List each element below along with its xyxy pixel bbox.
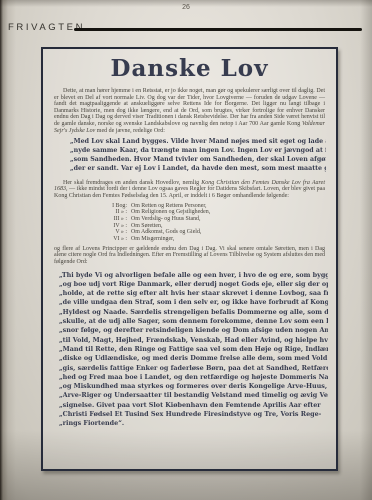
page-number: 26 xyxy=(0,4,372,11)
book-subject: Om Verdslig- og Huus Stand, xyxy=(131,216,200,223)
scanned-magazine-page: 26 FRIVAGTEN Danske Lov Dette, at man hø… xyxy=(0,0,372,500)
quote-line: „Med Lov skal Land bygges. Vilde hver Ma… xyxy=(70,138,326,147)
article-title: Danske Lov xyxy=(43,56,336,82)
quote-line: „Hyldest og Naade. Særdelis strengeligen… xyxy=(59,308,328,317)
paragraph-principper: og flere af Lovens Principper er gældend… xyxy=(54,246,325,266)
quote-line: „Arve-Riger og Undersaatter til bestandi… xyxy=(59,391,328,400)
quote-line: „til Vold, Magt, Højhed, Frændskab, Vens… xyxy=(59,336,328,345)
header-rule xyxy=(74,28,362,31)
quote-line: „snor følge, og derefter retsindeligen k… xyxy=(59,326,328,335)
quote-line: „holde, at de rette sig efter alt hvis h… xyxy=(59,289,328,298)
book-subject: Om Søretten, xyxy=(131,223,162,230)
book-list-row: VI » : Om Misgerninger, xyxy=(100,236,336,243)
christian-v-quote: „Thi byde Vi og alvorligen befale alle o… xyxy=(59,271,328,429)
book-number: IV » : xyxy=(100,223,127,230)
paragraph-danske-lov: Her skal fremdrages en anden dansk Hoved… xyxy=(54,180,325,200)
quote-line: „de ville undgaa den Straf, som i den se… xyxy=(59,298,328,307)
paragraph-intro-text: Dette, at man hører hjemme i en Retsstat… xyxy=(54,88,325,127)
book-list-row: II » : Om Religionen og Gejstligheden, xyxy=(100,209,336,216)
book-number: VI » : xyxy=(100,236,127,243)
quote-line: „som Sandheden. Hvor Mand tvivler om San… xyxy=(70,156,326,165)
book-subject: Om Misgerninger, xyxy=(131,236,174,243)
book-subject: Om Retten og Rettens Personer, xyxy=(131,203,207,210)
book-list-row: III » : Om Verdslig- og Huus Stand, xyxy=(100,216,336,223)
book-number: I Bog: xyxy=(100,203,127,210)
quote-line: „nyde samme Kaar, da trængte man ingen L… xyxy=(70,147,326,156)
quote-line: „Thi byde Vi og alvorligen befale alle o… xyxy=(59,271,328,280)
paragraph-danske-lov-text: Her skal fremdrages en anden dansk Hoved… xyxy=(63,180,201,186)
quote-line: „Christi Fødsel Et Tusind Sex Hundrede F… xyxy=(59,410,328,419)
quote-line: „gis, særdelis fattige Enker og faderløs… xyxy=(59,364,328,373)
jyske-lov-quote: „Med Lov skal Land bygges. Vilde hver Ma… xyxy=(70,138,326,174)
book-list: I Bog: Om Retten og Rettens Personer, II… xyxy=(100,203,336,243)
book-subject: Om Adkomst, Gods og Gield, xyxy=(131,229,201,236)
book-list-row: V » : Om Adkomst, Gods og Gield, xyxy=(100,229,336,236)
quote-line: „skulle, at de udj alle Sager, som denne… xyxy=(59,317,328,326)
article-frame: Danske Lov Dette, at man hører hjemme i … xyxy=(41,47,338,471)
book-subject: Om Religionen og Gejstligheden, xyxy=(131,209,210,216)
quote-line: „der er sandt. Var ej Lov i Landet, da h… xyxy=(70,165,326,174)
quote-line: „diske og Udlændiske, og med deris Domme… xyxy=(59,354,328,363)
book-number: II » : xyxy=(100,209,127,216)
quote-line: „og boe udj vort Rige Danmark, eller der… xyxy=(59,280,328,289)
book-number: III » : xyxy=(100,216,127,223)
quote-line: „rings Fiortende“. xyxy=(59,419,328,428)
paragraph-danske-lov-end: , — ikke mindst fordi der i denne Lov og… xyxy=(54,186,325,199)
paragraph-intro: Dette, at man hører hjemme i en Retsstat… xyxy=(54,88,325,134)
paragraph-intro-end: med de jævne, redelige Ord: xyxy=(95,128,165,134)
quote-line: „Mand til Rette, den Ringe og Fattige sa… xyxy=(59,345,328,354)
quote-line: „hed og Fred maa boe i Landet, og den re… xyxy=(59,373,328,382)
quote-line: „og Miskundhed maa styrkes og formeres o… xyxy=(59,382,328,391)
book-list-row: IV » : Om Søretten, xyxy=(100,223,336,230)
book-list-row: I Bog: Om Retten og Rettens Personer, xyxy=(100,203,336,210)
book-number: V » : xyxy=(100,229,127,236)
quote-line: „signelse. Givet paa vort Slot Kiøbenhav… xyxy=(59,401,328,410)
